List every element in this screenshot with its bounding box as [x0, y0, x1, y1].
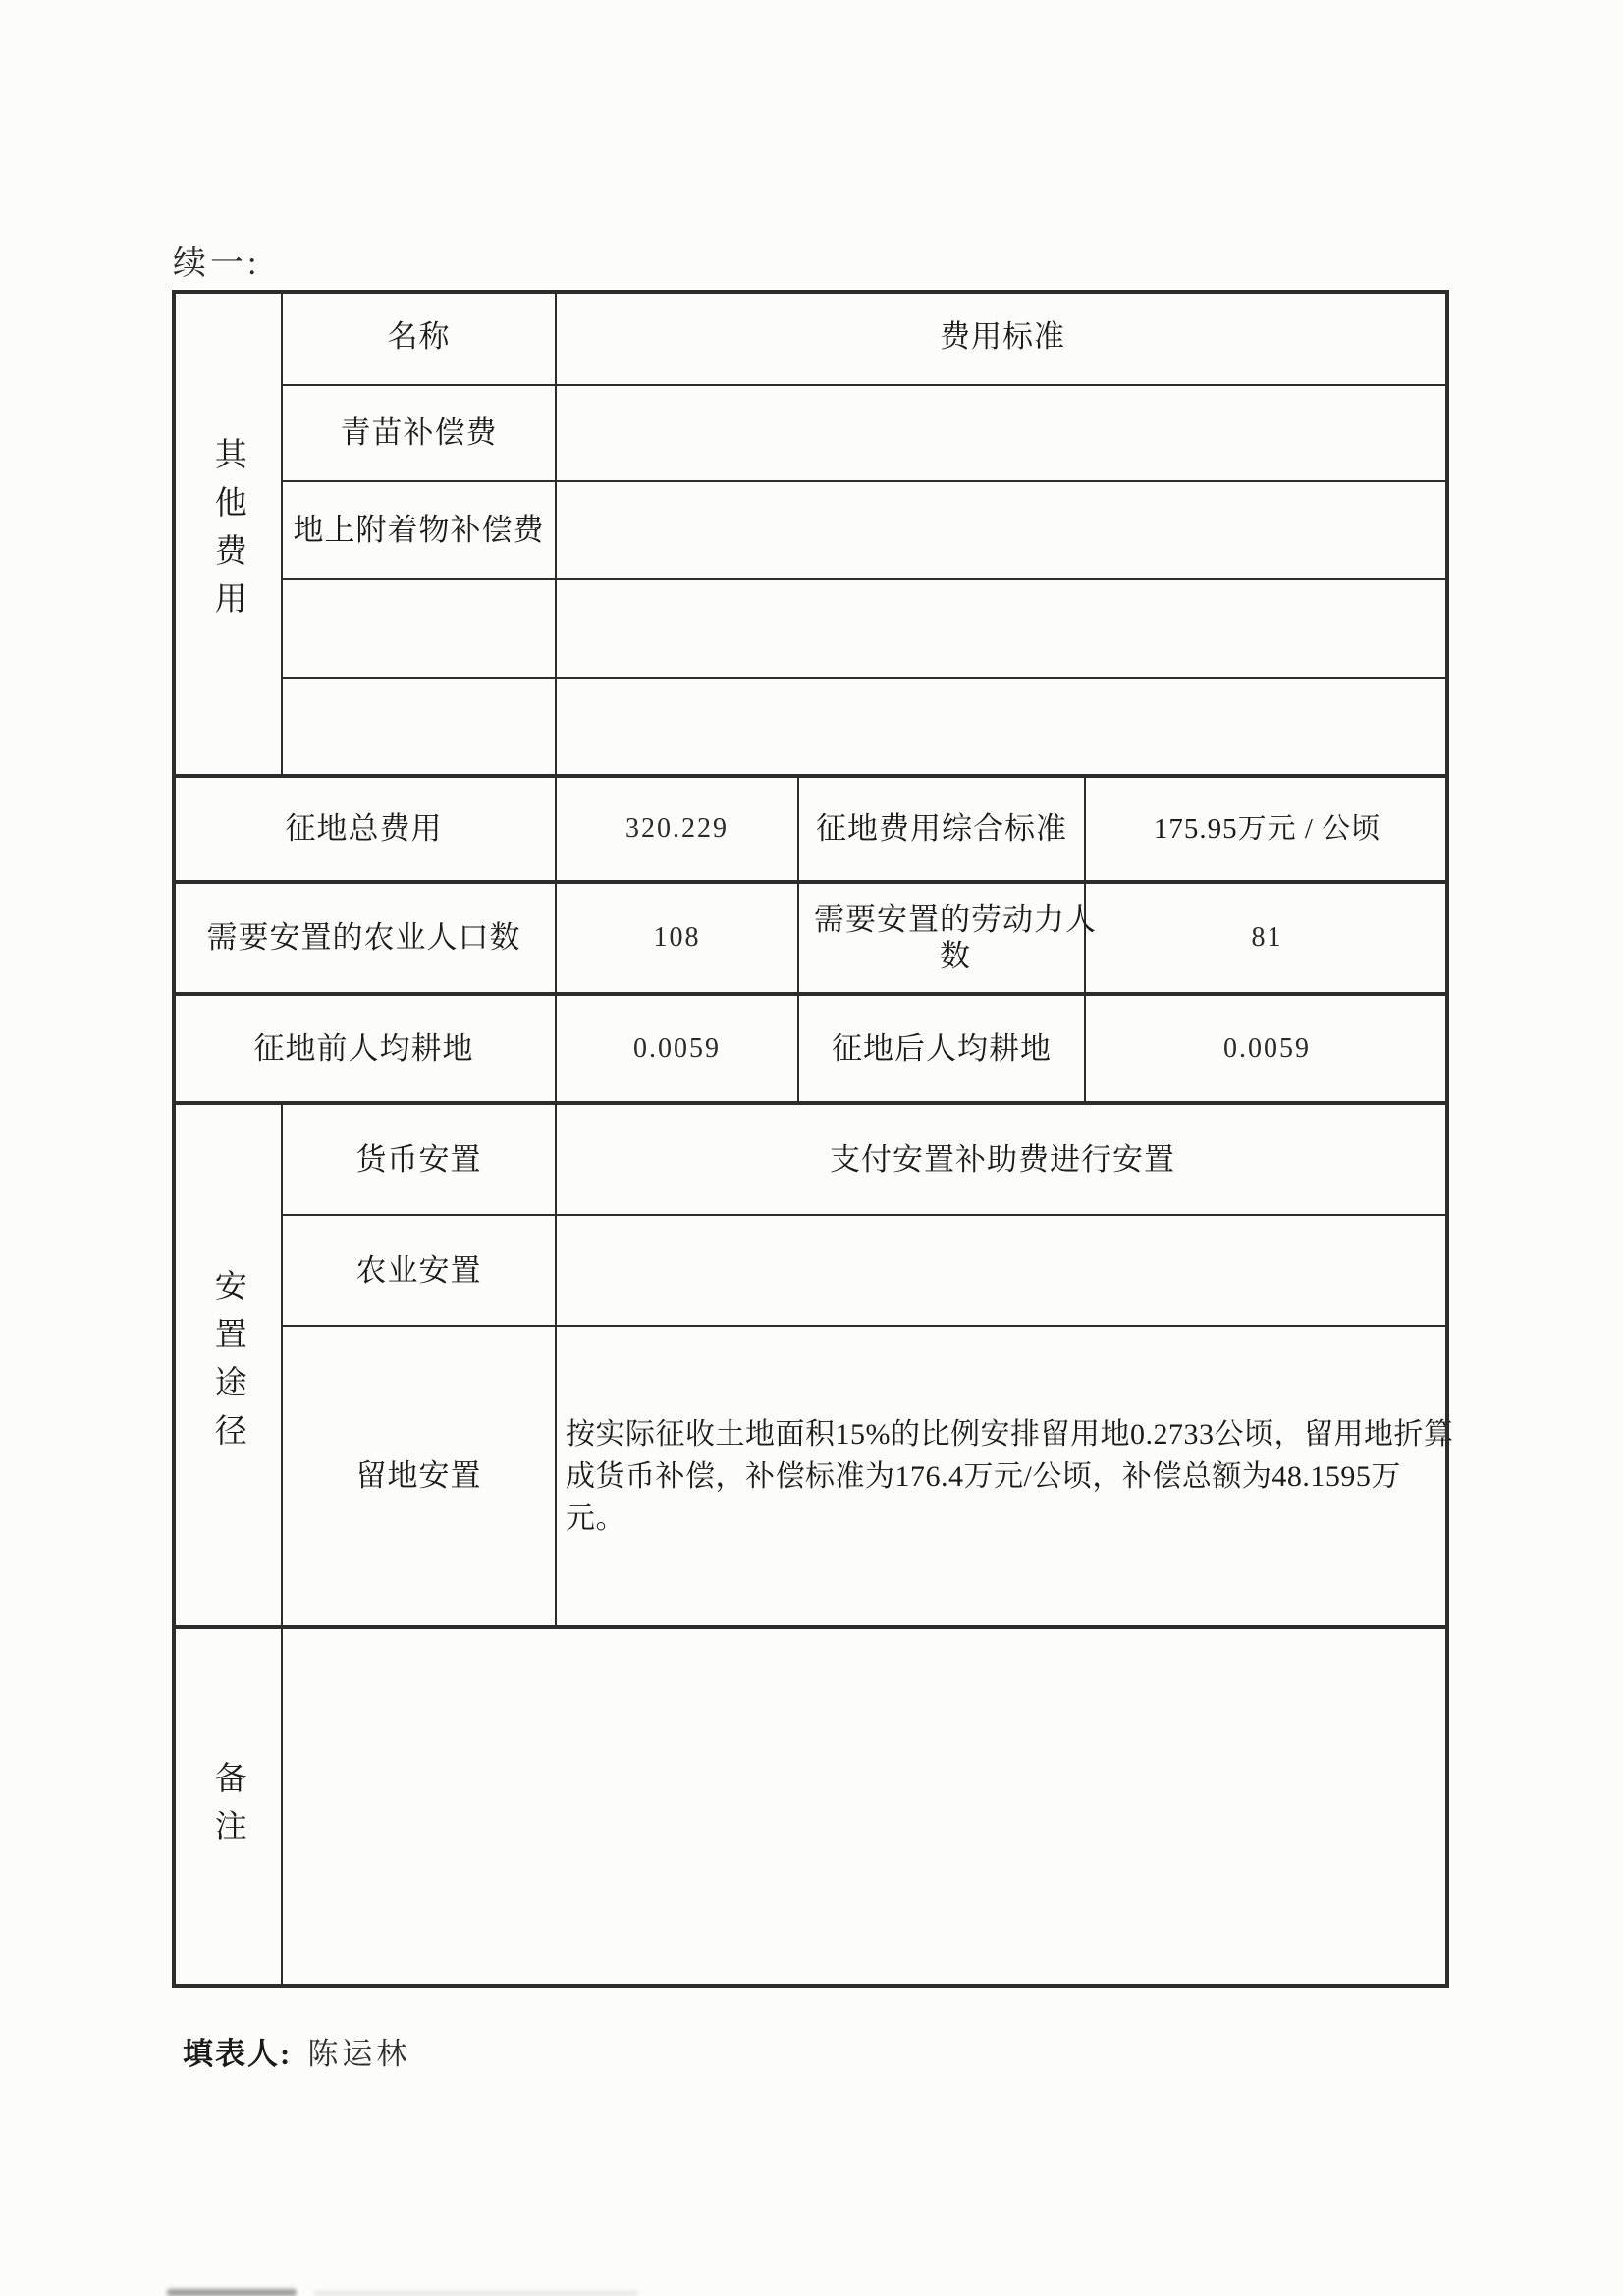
- resettlement-section-label: 安置途径: [172, 1105, 282, 1625]
- fee-row-standard: [556, 386, 1449, 480]
- summary-value: 320.229: [556, 778, 798, 880]
- summary-value: 175.95万元 / 公顷: [1085, 778, 1449, 880]
- remarks-section-label: 备注: [172, 1629, 282, 1988]
- summary-label: 需要安置的劳动力人数: [798, 884, 1112, 992]
- fee-row-name: 地上附着物补偿费: [282, 482, 556, 578]
- summary-value: 0.0059: [556, 996, 798, 1101]
- fee-standard-header: 费用标准: [556, 290, 1449, 384]
- summary-label: 征地费用综合标准: [798, 778, 1085, 880]
- resettlement-row-content: [556, 1216, 1449, 1325]
- scan-artifact: [167, 2289, 297, 2296]
- summary-label: 需要安置的农业人口数: [172, 884, 556, 992]
- summary-label: 征地总费用: [172, 778, 556, 880]
- resettlement-row-name: 农业安置: [282, 1216, 556, 1325]
- fee-row-standard: [556, 679, 1449, 774]
- fee-row-standard: [556, 482, 1449, 578]
- summary-label: 征地前人均耕地: [172, 996, 556, 1101]
- form-filler-label: 填表人:: [183, 2029, 292, 2073]
- resettlement-row-name: 留地安置: [282, 1327, 556, 1625]
- scan-artifact: [314, 2291, 638, 2296]
- fee-row-name: [282, 679, 556, 774]
- continuation-label: 续一:: [173, 236, 260, 284]
- scanned-form-page: 续一: 其他费用 名称 费用标准 青苗补偿费 地上附着物补偿费 征地总费用: [0, 0, 1623, 2296]
- fee-row-name: [282, 580, 556, 677]
- resettlement-row-content: 支付安置补助费进行安置: [556, 1105, 1449, 1214]
- fee-row-name: 青苗补偿费: [282, 386, 556, 480]
- summary-label: 征地后人均耕地: [798, 996, 1085, 1101]
- resettlement-row-name: 货币安置: [282, 1105, 556, 1214]
- resettlement-row-content: 按实际征收土地面积15%的比例安排留用地0.2733公顷，留用地折算成货币补偿，…: [556, 1327, 1475, 1625]
- remarks-content: [282, 1629, 1449, 1988]
- form-filler-line: 填表人: 陈运林: [183, 2029, 410, 2073]
- summary-value: 108: [556, 884, 798, 992]
- land-fee-table: 其他费用 名称 费用标准 青苗补偿费 地上附着物补偿费 征地总费用 320.22…: [172, 290, 1449, 1988]
- fee-row-standard: [556, 580, 1449, 677]
- fee-name-header: 名称: [282, 290, 556, 384]
- other-fees-section-label: 其他费用: [172, 290, 282, 776]
- summary-value: 81: [1085, 884, 1449, 992]
- form-filler-name: 陈运林: [307, 2029, 410, 2073]
- summary-value: 0.0059: [1085, 996, 1449, 1101]
- resettlement-paragraph: 按实际征收土地面积15%的比例安排留用地0.2733公顷，留用地折算成货币补偿，…: [566, 1413, 1459, 1540]
